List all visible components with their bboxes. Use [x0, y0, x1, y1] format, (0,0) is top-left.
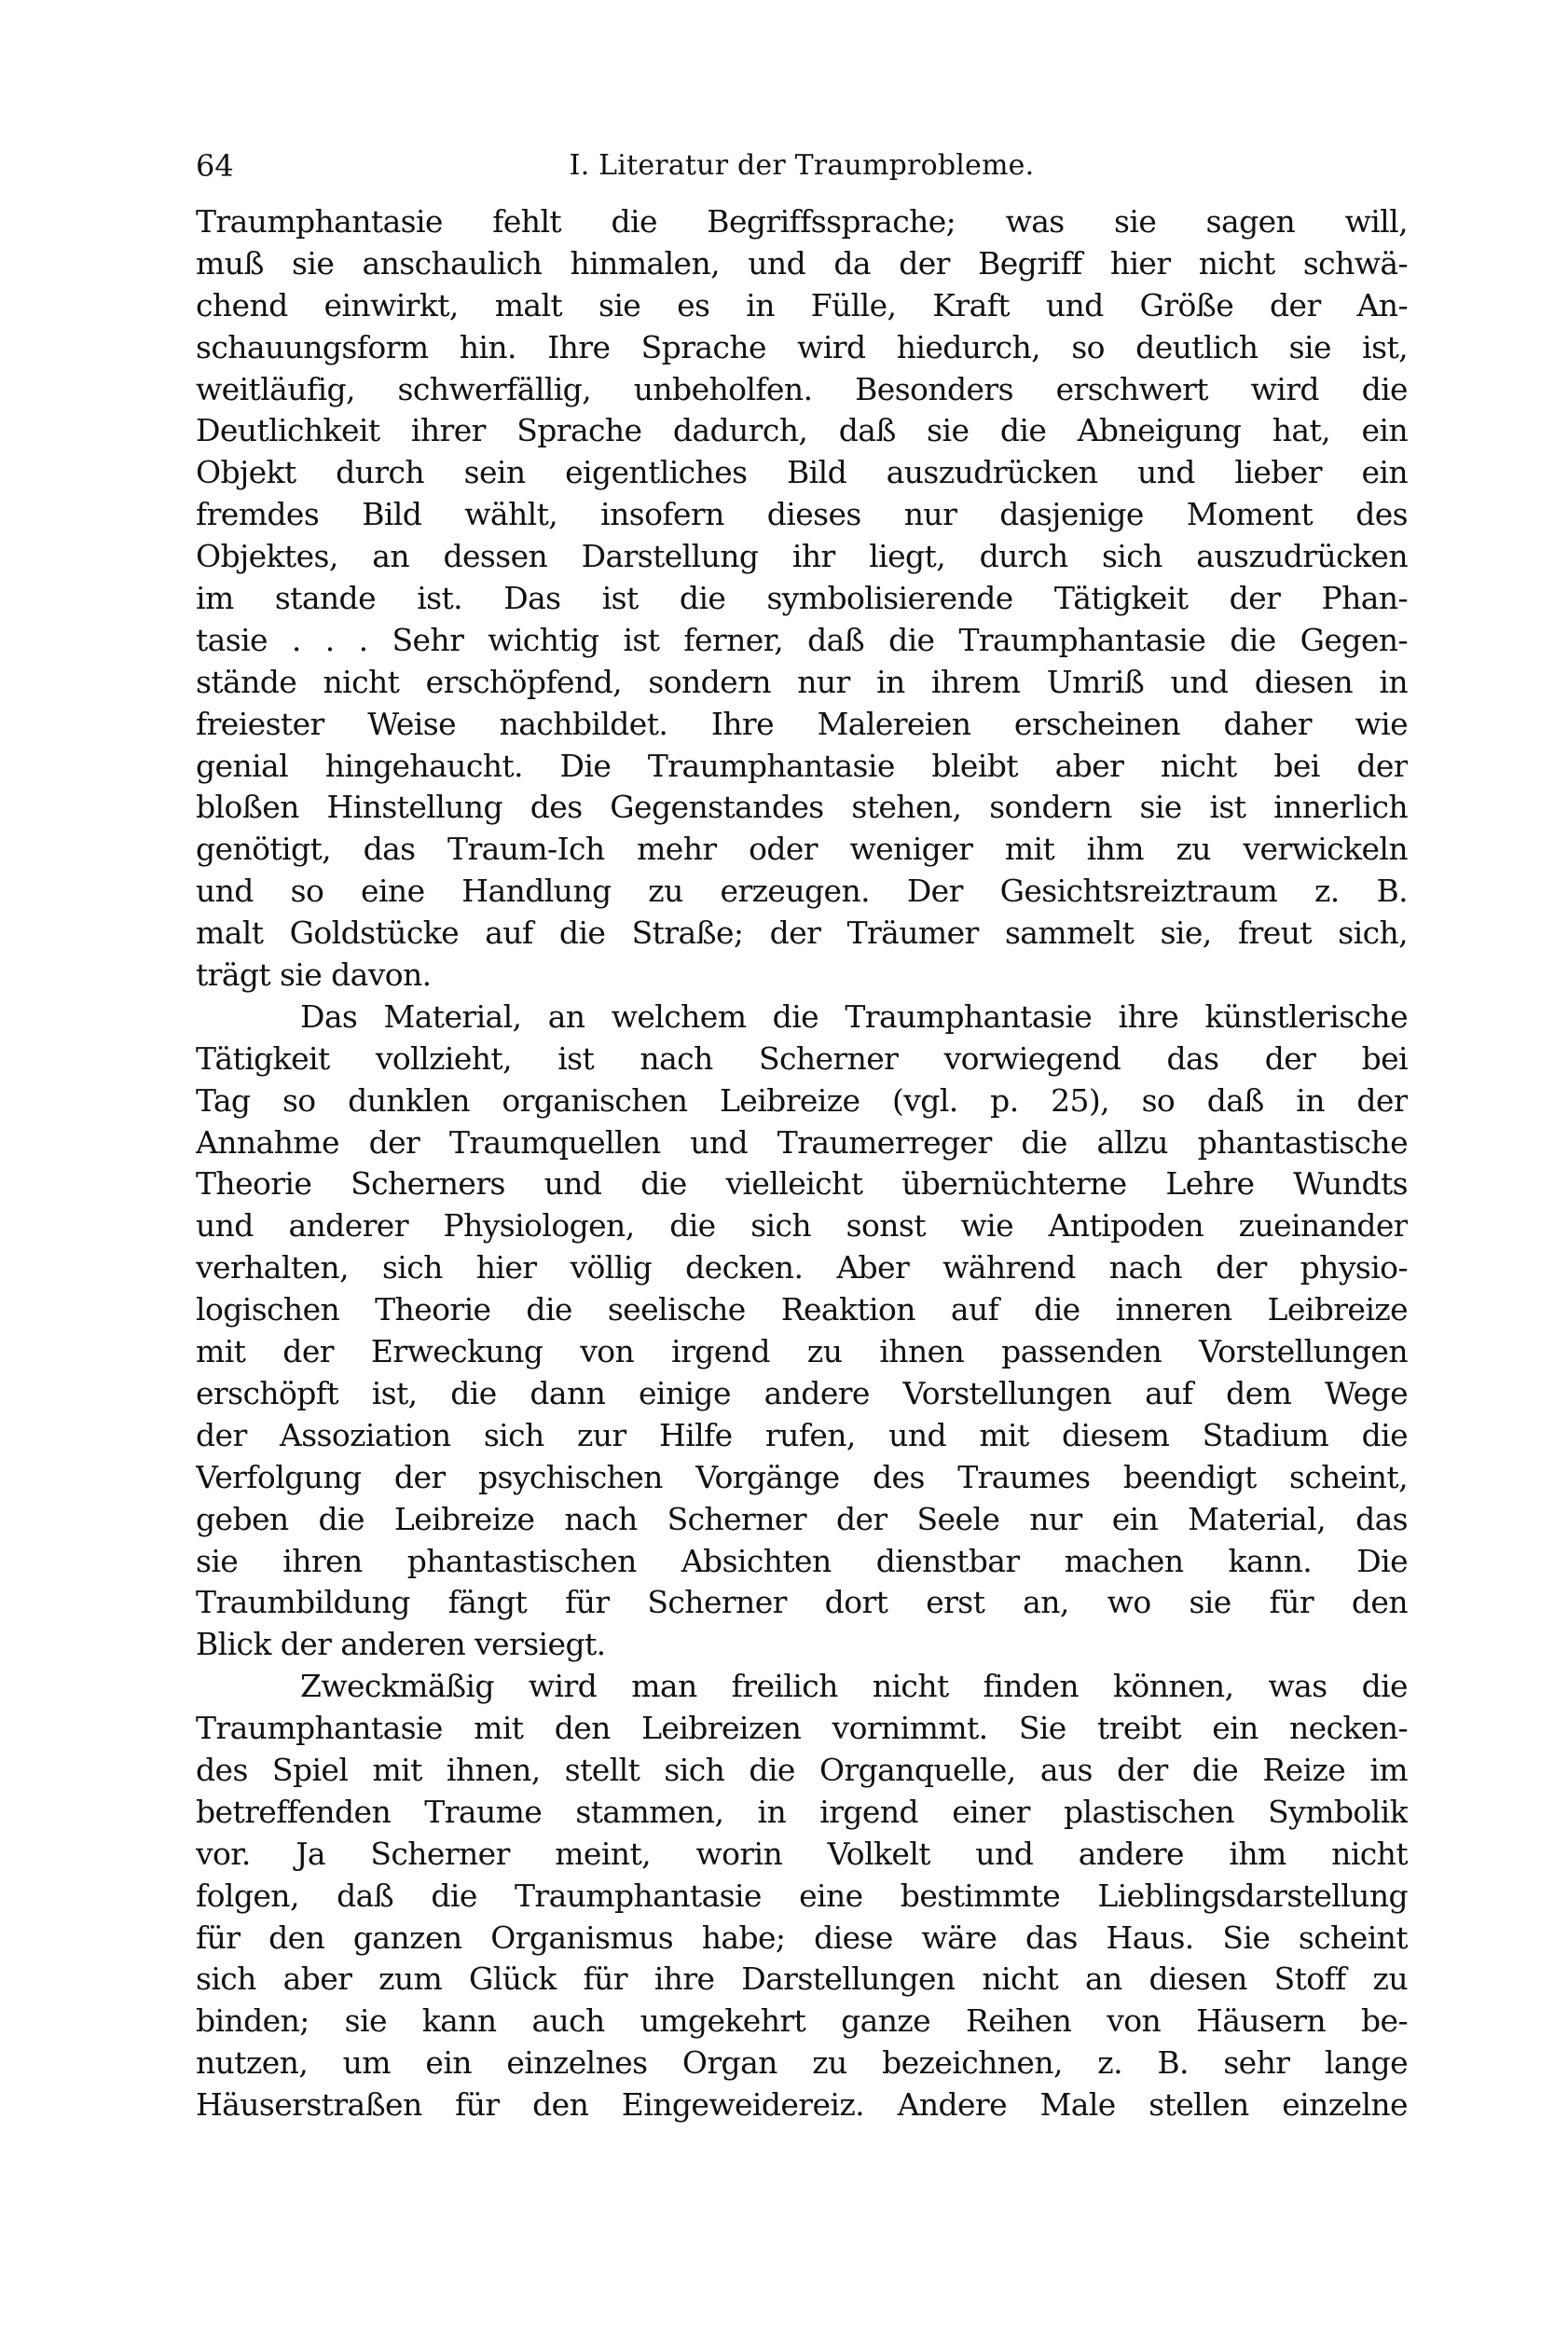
text-line: des Spiel mit ihnen, stellt sich die Org… [196, 1750, 1408, 1792]
text-line: bloßen Hinstellung des Gegenstandes steh… [196, 787, 1408, 829]
text-line: sich aber zum Glück für ihre Darstellung… [196, 1959, 1408, 2001]
text-line: Zweckmäßig wird man freilich nicht finde… [196, 1666, 1408, 1708]
text-line: schauungsform hin. Ihre Sprache wird hie… [196, 327, 1408, 369]
text-line: Das Material, an welchem die Traumphanta… [196, 997, 1408, 1039]
text-line: genötigt, das Traum-Ich mehr oder wenige… [196, 829, 1408, 871]
text-line: sie ihren phantastischen Absichten diens… [196, 1541, 1408, 1583]
text-line: trägt sie davon. [196, 955, 1408, 997]
running-title: I. Literatur der Traumprobleme. [196, 140, 1408, 192]
text-line: Deutlichkeit ihrer Sprache dadurch, daß … [196, 410, 1408, 452]
text-line: Objektes, an dessen Darstellung ihr lieg… [196, 536, 1408, 578]
text-line: für den ganzen Organismus habe; diese wä… [196, 1918, 1408, 1960]
text-line: verhalten, sich hier völlig decken. Aber… [196, 1247, 1408, 1289]
text-line: chend einwirkt, malt sie es in Fülle, Kr… [196, 285, 1408, 327]
text-line: Blick der anderen versiegt. [196, 1624, 1408, 1666]
text-line: binden; sie kann auch umgekehrt ganze Re… [196, 2001, 1408, 2043]
text-line: und so eine Handlung zu erzeugen. Der Ge… [196, 871, 1408, 913]
book-page: 64 I. Literatur der Traumprobleme. Traum… [196, 140, 1408, 2126]
text-line: weitläufig, schwerfällig, unbeholfen. Be… [196, 369, 1408, 411]
text-line: mit der Erweckung von irgend zu ihnen pa… [196, 1331, 1408, 1373]
text-line: stände nicht erschöpfend, sondern nur in… [196, 662, 1408, 704]
text-line: tasie . . . Sehr wichtig ist ferner, daß… [196, 620, 1408, 662]
text-line: der Assoziation sich zur Hilfe rufen, un… [196, 1415, 1408, 1457]
text-line: betreffenden Traume stammen, in irgend e… [196, 1792, 1408, 1834]
text-line: genial hingehaucht. Die Traumphantasie b… [196, 746, 1408, 788]
running-head: 64 I. Literatur der Traumprobleme. [196, 140, 1408, 192]
text-line: Traumphantasie fehlt die Begriffssprache… [196, 201, 1408, 243]
text-line: Tätigkeit vollzieht, ist nach Scherner v… [196, 1039, 1408, 1080]
text-line: und anderer Physiologen, die sich sonst … [196, 1205, 1408, 1247]
text-line: Verfolgung der psychischen Vorgänge des … [196, 1457, 1408, 1499]
text-line: malt Goldstücke auf die Straße; der Träu… [196, 913, 1408, 955]
text-line: muß sie anschaulich hinmalen, und da der… [196, 243, 1408, 285]
text-line: Objekt durch sein eigentliches Bild ausz… [196, 452, 1408, 494]
text-line: Traumphantasie mit den Leibreizen vornim… [196, 1708, 1408, 1750]
text-line: geben die Leibreize nach Scherner der Se… [196, 1499, 1408, 1541]
body-text: Traumphantasie fehlt die Begriffssprache… [196, 201, 1408, 2126]
text-line: Häuserstraßen für den Eingeweidereiz. An… [196, 2084, 1408, 2126]
text-line: erschöpft ist, die dann einige andere Vo… [196, 1373, 1408, 1415]
text-line: Tag so dunklen organischen Leibreize (vg… [196, 1080, 1408, 1122]
text-line: folgen, daß die Traumphantasie eine best… [196, 1876, 1408, 1918]
text-line: Annahme der Traumquellen und Traumerrege… [196, 1122, 1408, 1164]
text-line: nutzen, um ein einzelnes Organ zu bezeic… [196, 2043, 1408, 2084]
text-line: logischen Theorie die seelische Reaktion… [196, 1289, 1408, 1331]
text-line: fremdes Bild wählt, insofern dieses nur … [196, 494, 1408, 536]
text-line: Theorie Scherners und die vielleicht übe… [196, 1163, 1408, 1205]
text-line: vor. Ja Scherner meint, worin Volkelt un… [196, 1834, 1408, 1876]
text-line: im stande ist. Das ist die symbolisieren… [196, 578, 1408, 620]
text-line: freiester Weise nachbildet. Ihre Malerei… [196, 704, 1408, 746]
text-line: Traumbildung fängt für Scherner dort ers… [196, 1582, 1408, 1624]
